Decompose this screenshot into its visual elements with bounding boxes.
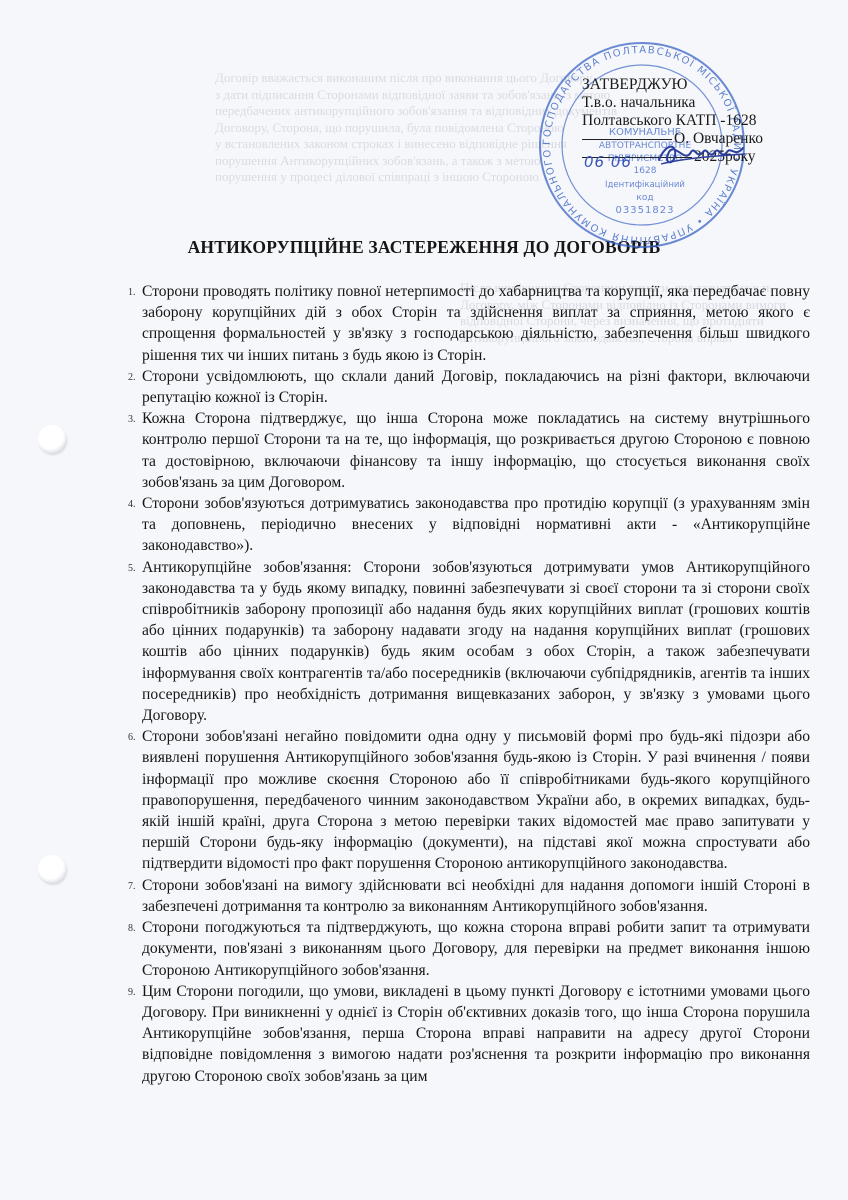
clause-number: 6.	[128, 727, 136, 748]
approval-heading: ЗАТВЕРДЖУЮ	[582, 76, 782, 94]
clause-text: Сторони проводять політику повної нетерп…	[142, 283, 810, 364]
clause-item: 2. Сторони усвідомлюють, що склали даний…	[142, 366, 810, 408]
clause-item: 1. Сторони проводять політику повної нет…	[142, 281, 810, 366]
clause-item: 6. Сторони зобов'язані негайно повідомит…	[142, 726, 810, 874]
clause-number: 8.	[128, 918, 136, 939]
clause-number: 9.	[128, 982, 136, 1003]
handwritten-signature-icon	[655, 138, 747, 172]
svg-text:1628: 1628	[634, 166, 657, 176]
clause-text: Кожна Сторона підтверджує, що інша Сторо…	[142, 410, 810, 491]
punch-hole-top	[38, 425, 66, 453]
clause-text: Сторони зобов'язуються дотримуватись зак…	[142, 495, 810, 554]
svg-text:код: код	[636, 193, 653, 203]
clause-number: 7.	[128, 876, 136, 897]
clause-number: 2.	[128, 367, 136, 388]
clause-item: 8. Сторони погоджуються та підтверджують…	[142, 917, 810, 981]
scanned-page: Договір вважається виконаним після про в…	[0, 0, 848, 1200]
clause-number: 1.	[128, 282, 136, 303]
clause-text: Сторони зобов'язані на вимогу здійснюват…	[142, 877, 810, 915]
clause-text: Сторони усвідомлюють, що склали даний До…	[142, 368, 810, 406]
clause-item: 7. Сторони зобов'язані на вимогу здійсню…	[142, 875, 810, 917]
svg-text:Ідентифікаційний: Ідентифікаційний	[605, 180, 685, 190]
approval-position: Т.в.о. начальника	[582, 94, 782, 112]
clause-item: 4. Сторони зобов'язуються дотримуватись …	[142, 493, 810, 557]
clause-number: 3.	[128, 409, 136, 430]
clause-list: 1. Сторони проводять політику повної нет…	[142, 281, 810, 1087]
clause-text: Сторони погоджуються та підтверджують, щ…	[142, 919, 810, 978]
clause-item: 9. Цим Сторони погодили, що умови, викла…	[142, 981, 810, 1087]
clause-text: Антикорупційне зобов'язання: Сторони зоб…	[142, 559, 810, 724]
clause-item: 5. Антикорупційне зобов'язання: Сторони …	[142, 557, 810, 727]
svg-text:03351823: 03351823	[616, 205, 675, 216]
clause-item: 3. Кожна Сторона підтверджує, що інша Ст…	[142, 408, 810, 493]
approval-organization: Полтавського КАТП -1628	[582, 112, 782, 130]
clause-text: Сторони зобов'язані негайно повідомити о…	[142, 728, 810, 872]
punch-hole-bottom	[38, 855, 66, 883]
clause-text: Цим Сторони погодили, що умови, викладен…	[142, 983, 810, 1085]
clause-number: 4.	[128, 494, 136, 515]
clause-number: 5.	[128, 558, 136, 579]
handwritten-date: 06 06	[584, 153, 632, 171]
